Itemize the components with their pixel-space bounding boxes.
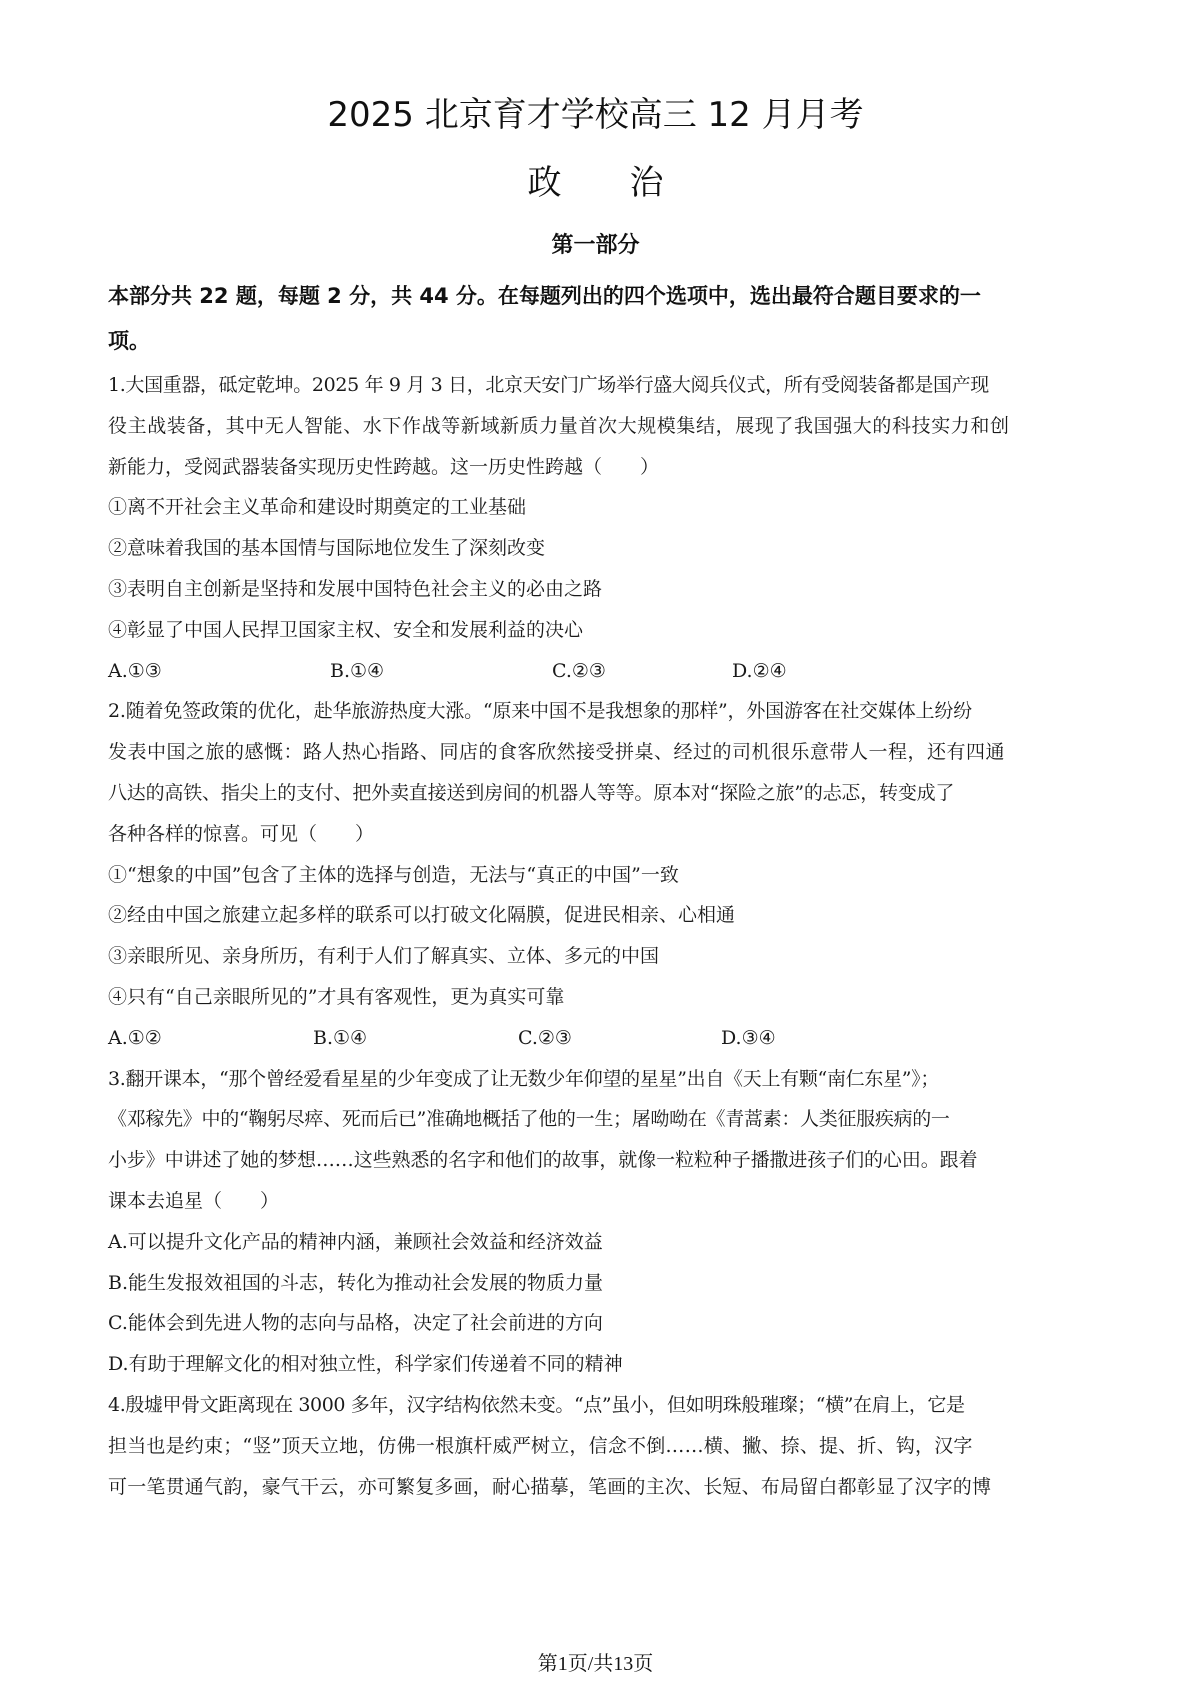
- question-2: 2.随着免签政策的优化，赴华旅游热度大涨。“原来中国不是我想象的那样”，外国游客…: [108, 691, 1088, 1058]
- subject-title: 政治: [0, 158, 1191, 208]
- question-4: 4.殷墟甲骨文距离现在 3000 多年，汉字结构依然未变。“点”虽小，但如明珠般…: [108, 1385, 1088, 1507]
- statement: ③表明自主创新是坚持和发展中国特色社会主义的必由之路: [108, 569, 1088, 610]
- page-number: 第1页/共13页: [0, 1651, 1191, 1677]
- question-stem-line: 1.大国重器，砥定乾坤。2025 年 9 月 3 日，北京天安门广场举行盛大阅兵…: [108, 365, 1088, 406]
- questions-body: 1.大国重器，砥定乾坤。2025 年 9 月 3 日，北京天安门广场举行盛大阅兵…: [108, 365, 1088, 1507]
- question-stem-line: 可一笔贯通气韵，豪气干云，亦可繁复多画，耐心描摹，笔画的主次、长短、布局留白都彰…: [108, 1467, 1088, 1508]
- option-d: D.②④: [732, 651, 787, 692]
- question-3: 3.翻开课本，“那个曾经爱看星星的少年变成了让无数少年仰望的星星”出自《天上有颗…: [108, 1059, 1088, 1385]
- instruction-line: 项。: [108, 319, 1088, 364]
- subject-char-1: 政: [528, 158, 562, 208]
- option-d: D.③④: [721, 1018, 776, 1059]
- statement: ④彰显了中国人民捍卫国家主权、安全和发展利益的决心: [108, 610, 1088, 651]
- section-title: 第一部分: [0, 230, 1191, 262]
- choice-d: D.有助于理解文化的相对独立性，科学家们传递着不同的精神: [108, 1344, 1088, 1385]
- question-stem-line: 役主战装备，其中无人智能、水下作战等新域新质力量首次大规模集结，展现了我国强大的…: [108, 406, 1088, 447]
- question-stem-line: 3.翻开课本，“那个曾经爱看星星的少年变成了让无数少年仰望的星星”出自《天上有颗…: [108, 1059, 1088, 1100]
- question-stem-line: 担当也是约束；“竖”顶天立地，仿佛一根旗杆威严树立，信念不倒……横、撇、捺、提、…: [108, 1426, 1088, 1467]
- answer-options: A.①② B.①④ C.②③ D.③④: [108, 1018, 1088, 1059]
- choice-b: B.能生发报效祖国的斗志，转化为推动社会发展的物质力量: [108, 1263, 1088, 1304]
- question-stem-line: 小步》中讲述了她的梦想……这些熟悉的名字和他们的故事，就像一粒粒种子播撒进孩子们…: [108, 1140, 1088, 1181]
- question-stem-line: 课本去追星（ ）: [108, 1181, 1088, 1222]
- option-c: C.②③: [552, 651, 732, 692]
- choice-a: A.可以提升文化产品的精神内涵，兼顾社会效益和经济效益: [108, 1222, 1088, 1263]
- question-1: 1.大国重器，砥定乾坤。2025 年 9 月 3 日，北京天安门广场举行盛大阅兵…: [108, 365, 1088, 691]
- statement: ②经由中国之旅建立起多样的联系可以打破文化隔膜，促进民相亲、心相通: [108, 895, 1088, 936]
- question-stem-line: 新能力，受阅武器装备实现历史性跨越。这一历史性跨越（ ）: [108, 447, 1088, 488]
- option-c: C.②③: [518, 1018, 721, 1059]
- option-a: A.①③: [108, 651, 330, 692]
- question-stem-line: 2.随着免签政策的优化，赴华旅游热度大涨。“原来中国不是我想象的那样”，外国游客…: [108, 691, 1088, 732]
- choice-c: C.能体会到先进人物的志向与品格，决定了社会前进的方向: [108, 1303, 1088, 1344]
- question-stem-line: 《邓稼先》中的“鞠躬尽瘁、死而后已”准确地概括了他的一生；屠呦呦在《青蒿素：人类…: [108, 1099, 1088, 1140]
- statement: ①离不开社会主义革命和建设时期奠定的工业基础: [108, 487, 1088, 528]
- subject-char-2: 治: [630, 158, 664, 208]
- question-stem-line: 发表中国之旅的感慨：路人热心指路、同店的食客欣然接受拼桌、经过的司机很乐意带人一…: [108, 732, 1088, 773]
- statement: ②意味着我国的基本国情与国际地位发生了深刻改变: [108, 528, 1088, 569]
- statement: ③亲眼所见、亲身所历，有利于人们了解真实、立体、多元的中国: [108, 936, 1088, 977]
- section-instructions: 本部分共 22 题，每题 2 分，共 44 分。在每题列出的四个选项中，选出最符…: [108, 274, 1088, 364]
- question-stem-line: 4.殷墟甲骨文距离现在 3000 多年，汉字结构依然未变。“点”虽小，但如明珠般…: [108, 1385, 1088, 1426]
- option-b: B.①④: [330, 651, 552, 692]
- option-b: B.①④: [313, 1018, 518, 1059]
- statement: ①“想象的中国”包含了主体的选择与创造，无法与“真正的中国”一致: [108, 855, 1088, 896]
- instruction-line: 本部分共 22 题，每题 2 分，共 44 分。在每题列出的四个选项中，选出最符…: [108, 274, 1088, 319]
- answer-options: A.①③ B.①④ C.②③ D.②④: [108, 651, 1088, 692]
- exam-title: 2025 北京育才学校高三 12 月月考: [0, 90, 1191, 140]
- question-stem-line: 各种各样的惊喜。可见（ ）: [108, 814, 1088, 855]
- exam-page: 2025 北京育才学校高三 12 月月考 政治 第一部分 本部分共 22 题，每…: [0, 0, 1191, 1684]
- option-a: A.①②: [108, 1018, 313, 1059]
- question-stem-line: 八达的高铁、指尖上的支付、把外卖直接送到房间的机器人等等。原本对“探险之旅”的忐…: [108, 773, 1088, 814]
- statement: ④只有“自己亲眼所见的”才具有客观性，更为真实可靠: [108, 977, 1088, 1018]
